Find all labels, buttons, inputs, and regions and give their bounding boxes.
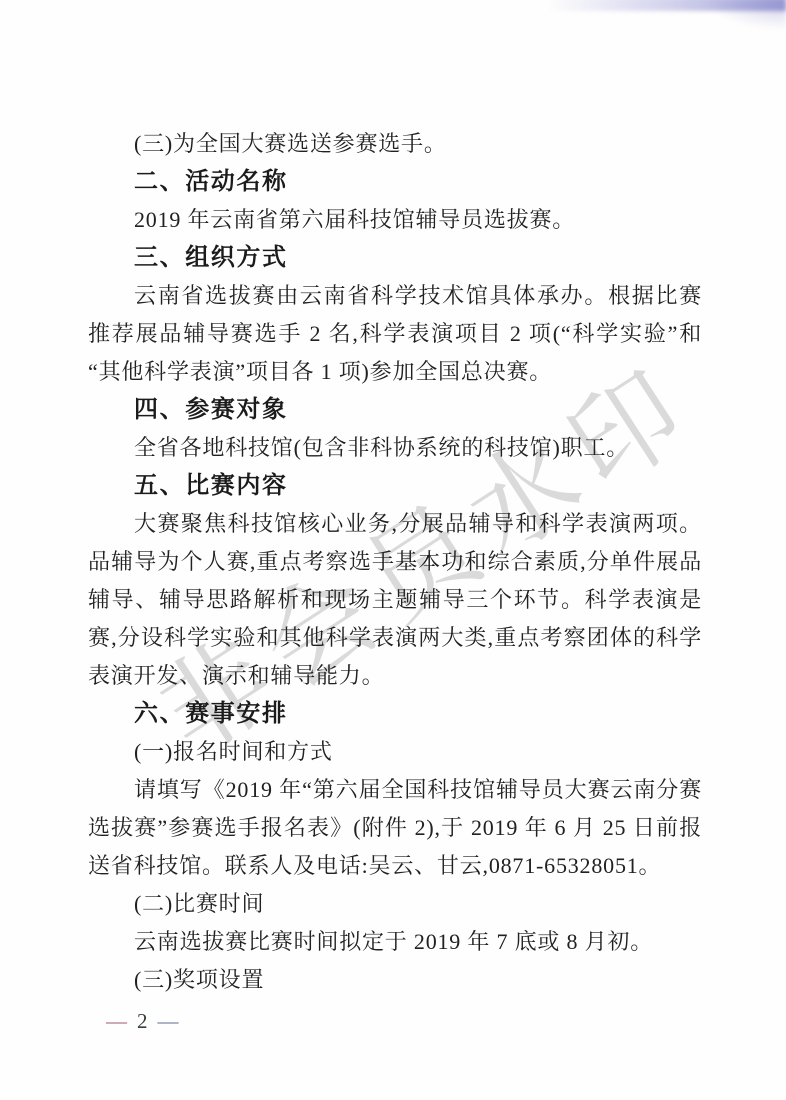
text-line: 送省科技馆。联系人及电话:吴云、甘云,0871-65328051。 bbox=[88, 847, 702, 885]
text-line: (一)报名时间和方式 bbox=[88, 733, 702, 771]
page-number-value: 2 bbox=[137, 1009, 149, 1033]
text-line: 选拔赛”参赛选手报名表》(附件 2),于 2019 年 6 月 25 日前报 bbox=[88, 809, 702, 847]
text-line: 全省各地科技馆(包含非科协系统的科技馆)职工。 bbox=[88, 429, 702, 467]
text-line: 表演开发、演示和辅导能力。 bbox=[88, 657, 702, 695]
text-line: (三)奖项设置 bbox=[88, 961, 702, 999]
text-line: 品辅导为个人赛,重点考察选手基本功和综合素质,分单件展品 bbox=[88, 543, 702, 581]
text-line: 赛,分设科学实验和其他科学表演两大类,重点考察团体的科学 bbox=[88, 619, 702, 657]
text-line: 请填写《2019 年“第六届全国科技馆辅导员大赛云南分赛区 bbox=[88, 771, 702, 809]
page-number-dash-right: — bbox=[158, 1009, 180, 1033]
text-line: 云南选拔赛比赛时间拟定于 2019 年 7 底或 8 月初。 bbox=[88, 923, 702, 961]
page-number-dash-left: — bbox=[106, 1009, 128, 1033]
section-heading: 五、比赛内容 bbox=[88, 467, 702, 505]
text-line: “其他科学表演”项目各 1 项)参加全国总决赛。 bbox=[88, 353, 702, 391]
text-line: 大赛聚焦科技馆核心业务,分展品辅导和科学表演两项。展 bbox=[88, 505, 702, 543]
section-heading: 六、赛事安排 bbox=[88, 695, 702, 733]
text-line: 辅导、辅导思路解析和现场主题辅导三个环节。科学表演是团体 bbox=[88, 581, 702, 619]
document-body: (三)为全国大赛选送参赛选手。 二、活动名称 2019 年云南省第六届科技馆辅导… bbox=[88, 125, 702, 999]
text-line: 2019 年云南省第六届科技馆辅导员选拔赛。 bbox=[88, 201, 702, 239]
text-line: 推荐展品辅导赛选手 2 名,科学表演项目 2 项(“科学实验”和 bbox=[88, 315, 702, 353]
text-line: 云南省选拔赛由云南省科学技术馆具体承办。根据比赛成绩 bbox=[88, 277, 702, 315]
scanner-artifact-corner bbox=[706, 0, 786, 30]
section-heading: 三、组织方式 bbox=[88, 239, 702, 277]
text-line: (三)为全国大赛选送参赛选手。 bbox=[88, 125, 702, 163]
section-heading: 二、活动名称 bbox=[88, 163, 702, 201]
text-line: (二)比赛时间 bbox=[88, 885, 702, 923]
section-heading: 四、参赛对象 bbox=[88, 391, 702, 429]
page-number: —2— bbox=[106, 1009, 180, 1034]
document-page: 非会员水印 (三)为全国大赛选送参赛选手。 二、活动名称 2019 年云南省第六… bbox=[0, 0, 786, 1100]
